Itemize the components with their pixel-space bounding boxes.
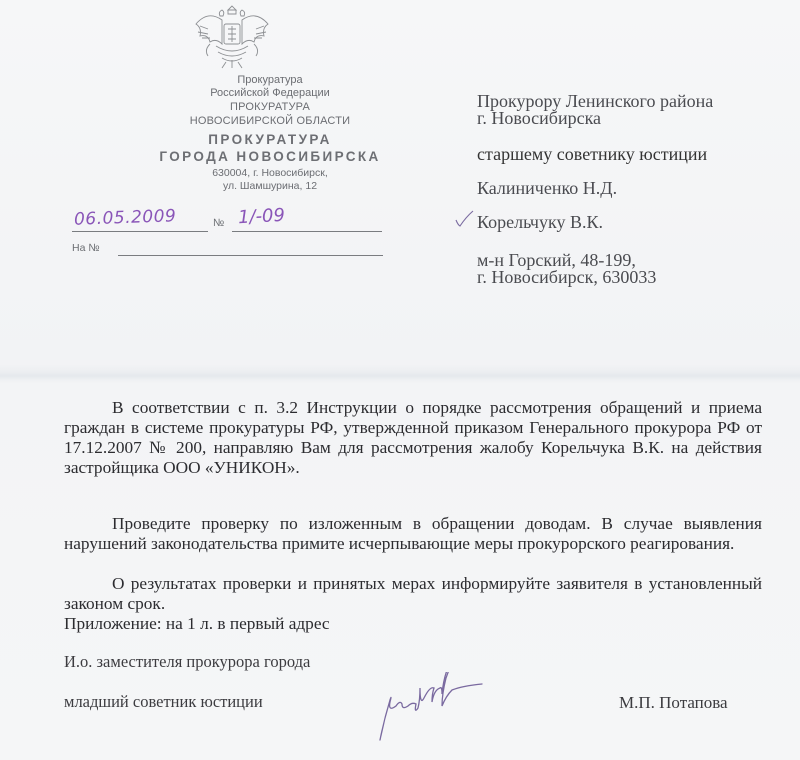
signer-name: М.П. Потапова xyxy=(619,693,728,713)
signer-position: И.о. заместителя прокурора города xyxy=(64,652,310,672)
date-underline xyxy=(72,231,208,232)
number-underline xyxy=(232,231,382,232)
letterhead-line: Российской Федерации xyxy=(120,87,420,100)
letterhead-line: Прокуратура xyxy=(120,74,420,87)
paragraph-text: О результатах проверки и принятых мерах … xyxy=(64,574,762,614)
paper-fold-line xyxy=(0,372,800,380)
addressee-rank: старшему советнику юстиции xyxy=(477,145,707,163)
checkmark-icon xyxy=(453,208,475,228)
addressee-line: г. Новосибирска xyxy=(477,109,601,127)
document-page: Прокуратура Российской Федерации ПРОКУРА… xyxy=(0,0,800,760)
letterhead-line: ГОРОДА НОВОСИБИРСКА xyxy=(120,148,420,165)
letterhead-line: ПРОКУРАТУРА xyxy=(120,131,420,148)
reply-to-row: На № xyxy=(72,242,372,262)
attachment-text: Приложение: на 1 л. в первый адрес xyxy=(64,614,762,634)
letterhead-city: ПРОКУРАТУРА ГОРОДА НОВОСИБИРСКА xyxy=(120,131,420,165)
handwritten-signature-icon xyxy=(378,672,508,744)
body-paragraph: В соответствии с п. 3.2 Инструкции о пор… xyxy=(64,398,762,478)
letterhead-address: 630004, г. Новосибирск, ул. Шамшурина, 1… xyxy=(120,167,420,193)
letterhead-address-line: ул. Шамшурина, 12 xyxy=(120,180,420,193)
double-headed-eagle-coat-of-arms-icon xyxy=(186,4,278,70)
letterhead-region: ПРОКУРАТУРА НОВОСИБИРСКОЙ ОБЛАСТИ xyxy=(120,100,420,128)
body-paragraph: Проведите проверку по изложенным в обращ… xyxy=(64,514,762,554)
recipient-address-line: г. Новосибирск, 630033 xyxy=(477,268,656,286)
attachment-note: Приложение: на 1 л. в первый адрес xyxy=(64,614,762,634)
addressee-name: Калиниченко Н.Д. xyxy=(477,179,617,197)
letterhead-address-line: 630004, г. Новосибирск, xyxy=(120,167,420,180)
number-label: № xyxy=(213,217,224,229)
paragraph-text: В соответствии с п. 3.2 Инструкции о пор… xyxy=(64,398,762,478)
reply-to-underline xyxy=(118,255,383,256)
letterhead-org: Прокуратура Российской Федерации xyxy=(120,74,420,100)
registration-row: 06.05.2009 № 1/-09 xyxy=(72,208,372,234)
letterhead-line: НОВОСИБИРСКОЙ ОБЛАСТИ xyxy=(120,114,420,128)
recipient-name: Корельчуку В.К. xyxy=(477,213,603,231)
paragraph-text: Проведите проверку по изложенным в обращ… xyxy=(64,514,762,554)
registration-date: 06.05.2009 xyxy=(74,206,177,230)
registration-number: 1/-09 xyxy=(237,205,285,228)
letterhead-line: ПРОКУРАТУРА xyxy=(120,100,420,114)
signer-rank: младший советник юстиции xyxy=(64,692,263,712)
body-paragraph: О результатах проверки и принятых мерах … xyxy=(64,574,762,614)
reply-to-label: На № xyxy=(72,242,100,254)
